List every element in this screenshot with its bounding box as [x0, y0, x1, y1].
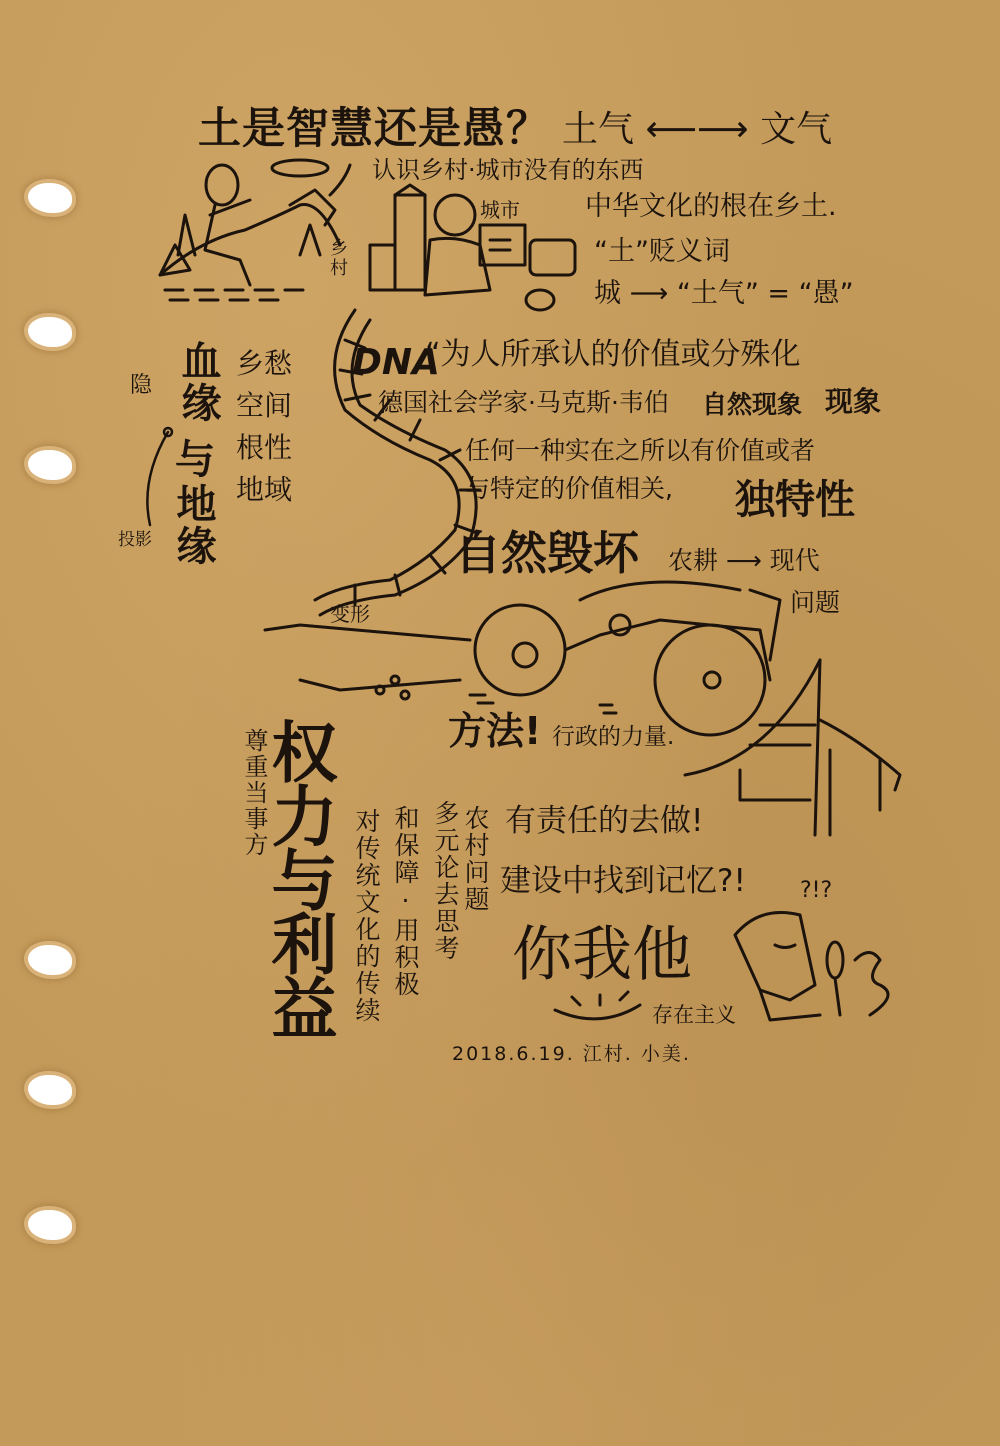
deform-label: 变形: [330, 604, 370, 624]
natural-destruction-heading: 自然毁坏: [455, 530, 639, 576]
sociologist-text: 德国社会学家·马克斯·韦伯: [378, 390, 669, 415]
intro-line-1: 认识乡村·城市没有的东西: [372, 158, 644, 182]
rights-column-a: 对传统文化的传续: [354, 808, 379, 1024]
nostalgia-item: 根性: [236, 434, 292, 462]
rights-column-b: 和保障·用积极: [393, 805, 418, 998]
pronouns-text: 你我他: [512, 925, 692, 985]
projection-label: 投影: [118, 532, 152, 549]
dna-quote: “为人所承认的价值或分殊化: [425, 340, 801, 370]
rationalize-text: 现象: [825, 388, 881, 416]
definition-line-1: 任何一种实在之所以有价值或者: [465, 438, 815, 463]
farming-to-modern-text: 农耕 ⟶ 现代: [668, 548, 820, 573]
responsibility-line-2: 建设中找到记忆?!: [500, 866, 746, 897]
problem-text: 问题: [790, 590, 840, 615]
title-relation: 土气 ⟵⟶ 文气: [562, 112, 832, 148]
intro-line-3: “土”贬义词: [594, 238, 730, 265]
nostalgia-item: 空间: [236, 392, 292, 420]
projection-arrow-drawing: [147, 428, 172, 525]
nostalgia-list: 乡愁 空间 根性 地域: [236, 350, 292, 504]
farmer-on-ox-drawing: [160, 160, 350, 300]
land-ties-text: 地缘: [173, 483, 213, 567]
village-label: 乡村: [328, 238, 346, 278]
definition-line-2: 与特定的价值相关,: [465, 476, 673, 501]
rights-column-d: 农村问题: [463, 805, 488, 913]
date-signature: 2018.6.19. 江村. 小美.: [452, 1045, 691, 1064]
intro-line-4: 城 ⟶ “土气” = “愚”: [594, 280, 854, 307]
administrative-power-text: 行政的力量.: [552, 726, 674, 749]
and-text: 与: [175, 440, 215, 480]
uniqueness-text: 独特性: [735, 480, 855, 520]
page-title: 土是智慧还是愚？: [198, 108, 550, 151]
blood-ties-text: 血缘: [178, 340, 218, 424]
hidden-label: 隐: [130, 375, 152, 397]
rights-column-c: 多元论去思考: [433, 800, 458, 962]
nostalgia-item: 乡愁: [236, 350, 292, 378]
city-label: 城市: [480, 200, 520, 220]
method-label: 方法!: [448, 712, 541, 750]
city-person-computer-drawing: [370, 185, 575, 310]
nostalgia-item: 地域: [236, 476, 292, 504]
thought-marks: ?!?: [800, 880, 832, 902]
responsibility-line-1: 有责任的去做!: [505, 806, 703, 837]
rights-interests-heading: 权力与利益: [265, 718, 331, 1038]
intro-line-2: 中华文化的根在乡土.: [585, 193, 837, 220]
existentialism-label: 存在主义: [652, 1005, 736, 1026]
disenchant-text: 自然现象: [702, 392, 802, 417]
